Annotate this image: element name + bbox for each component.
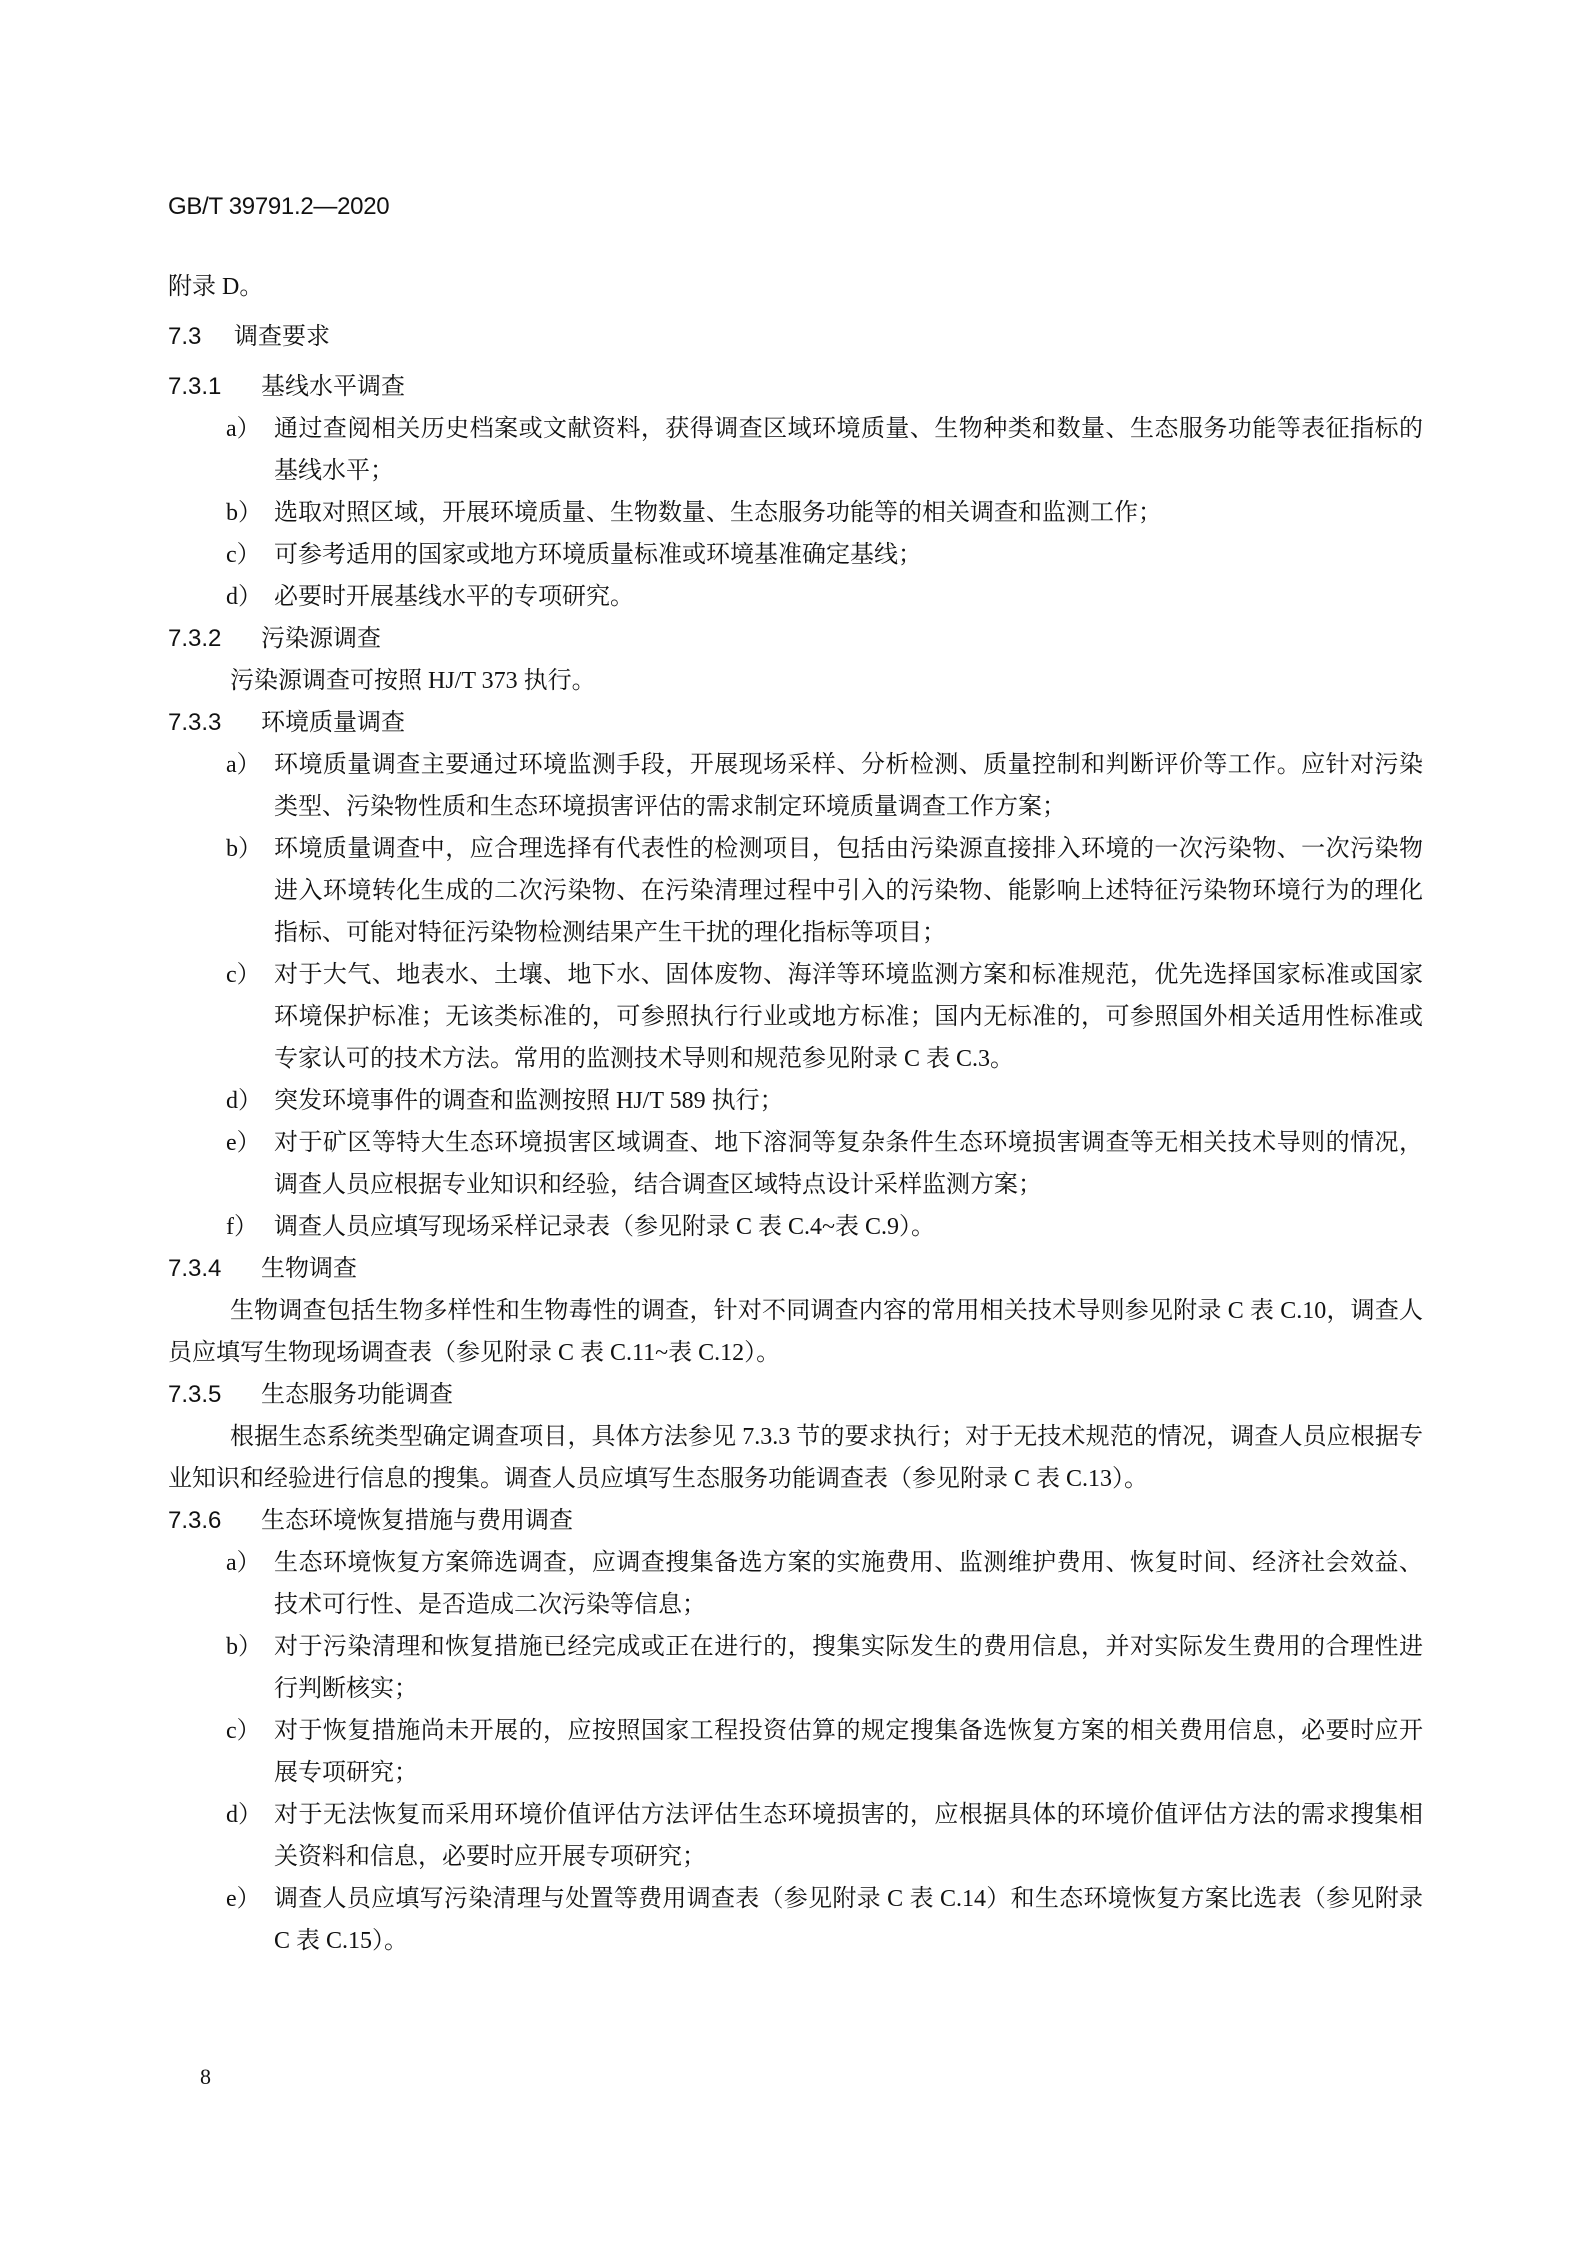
list-text: 调查人员应填写现场采样记录表（参见附录 C 表 C.4~表 C.9）。 <box>274 1214 935 1240</box>
list-marker: b） <box>226 828 262 870</box>
list-item: d）对于无法恢复而采用环境价值评估方法评估生态环境损害的，应根据具体的环境价值评… <box>168 1794 1423 1878</box>
subsection-number: 7.3.4 <box>168 1248 261 1290</box>
list-marker: c） <box>226 534 261 576</box>
subsection-title: 生态服务功能调查 <box>261 1381 453 1408</box>
list-text: 环境质量调查中，应合理选择有代表性的检测项目，包括由污染源直接排入环境的一次污染… <box>274 836 1423 946</box>
subsection-title: 基线水平调查 <box>261 373 405 400</box>
list-item: e）调查人员应填写污染清理与处置等费用调查表（参见附录 C 表 C.14）和生态… <box>168 1878 1423 1962</box>
subsection-title: 生物调查 <box>261 1255 357 1282</box>
subsection-7-3-3: 7.3.3环境质量调查 a）环境质量调查主要通过环境监测手段，开展现场采样、分析… <box>168 702 1423 1248</box>
paragraph: 污染源调查可按照 HJ/T 373 执行。 <box>168 660 1423 702</box>
subsection-heading: 7.3.3环境质量调查 <box>168 702 1423 744</box>
subsection-7-3-5: 7.3.5生态服务功能调查 根据生态系统类型确定调查项目，具体方法参见 7.3.… <box>168 1374 1423 1500</box>
list-marker: b） <box>226 492 262 534</box>
list-item: a）生态环境恢复方案筛选调查，应调查搜集备选方案的实施费用、监测维护费用、恢复时… <box>168 1542 1423 1626</box>
subsection-7-3-6: 7.3.6生态环境恢复措施与费用调查 a）生态环境恢复方案筛选调查，应调查搜集备… <box>168 1500 1423 1962</box>
subsection-7-3-2: 7.3.2污染源调查 污染源调查可按照 HJ/T 373 执行。 <box>168 618 1423 702</box>
document-page: GB/T 39791.2—2020 附录 D。 7.3调查要求 7.3.1基线水… <box>0 0 1588 2245</box>
list-text: 对于无法恢复而采用环境价值评估方法评估生态环境损害的，应根据具体的环境价值评估方… <box>274 1802 1423 1870</box>
paragraph: 生物调查包括生物多样性和生物毒性的调查，针对不同调查内容的常用相关技术导则参见附… <box>168 1290 1423 1374</box>
subsection-title: 环境质量调查 <box>261 709 405 736</box>
subsection-number: 7.3.6 <box>168 1500 261 1542</box>
subsection-7-3-1: 7.3.1基线水平调查 a）通过查阅相关历史档案或文献资料，获得调查区域环境质量… <box>168 366 1423 618</box>
list-item: c）对于恢复措施尚未开展的，应按照国家工程投资估算的规定搜集备选恢复方案的相关费… <box>168 1710 1423 1794</box>
subsection-heading: 7.3.5生态服务功能调查 <box>168 1374 1423 1416</box>
list-marker: b） <box>226 1626 262 1668</box>
intro-line: 附录 D。 <box>168 266 1423 308</box>
list-item: d）必要时开展基线水平的专项研究。 <box>168 576 1423 618</box>
page-number: 8 <box>200 2064 211 2090</box>
list-marker: c） <box>226 1710 261 1752</box>
list-marker: a） <box>226 1542 261 1584</box>
list-item: d）突发环境事件的调查和监测按照 HJ/T 589 执行； <box>168 1080 1423 1122</box>
subsection-number: 7.3.1 <box>168 366 261 408</box>
subsection-heading: 7.3.2污染源调查 <box>168 618 1423 660</box>
list-item: b）选取对照区域，开展环境质量、生物数量、生态服务功能等的相关调查和监测工作； <box>168 492 1423 534</box>
list-text: 选取对照区域，开展环境质量、生物数量、生态服务功能等的相关调查和监测工作； <box>274 500 1162 526</box>
section-title: 调查要求 <box>234 323 330 350</box>
list-text: 调查人员应填写污染清理与处置等费用调查表（参见附录 C 表 C.14）和生态环境… <box>274 1886 1423 1954</box>
list-text: 环境质量调查主要通过环境监测手段，开展现场采样、分析检测、质量控制和判断评价等工… <box>274 752 1423 820</box>
list-text: 通过查阅相关历史档案或文献资料，获得调查区域环境质量、生物种类和数量、生态服务功… <box>274 416 1423 484</box>
subsection-number: 7.3.3 <box>168 702 261 744</box>
subsection-title: 污染源调查 <box>261 625 381 652</box>
list-marker: d） <box>226 576 262 618</box>
list-text: 突发环境事件的调查和监测按照 HJ/T 589 执行； <box>274 1088 784 1114</box>
list-text: 必要时开展基线水平的专项研究。 <box>274 584 634 610</box>
list-marker: a） <box>226 408 261 450</box>
subsection-number: 7.3.5 <box>168 1374 261 1416</box>
page-content: 附录 D。 7.3调查要求 7.3.1基线水平调查 a）通过查阅相关历史档案或文… <box>168 266 1423 1962</box>
list-item: a）通过查阅相关历史档案或文献资料，获得调查区域环境质量、生物种类和数量、生态服… <box>168 408 1423 492</box>
list-marker: e） <box>226 1878 261 1920</box>
list-text: 对于恢复措施尚未开展的，应按照国家工程投资估算的规定搜集备选恢复方案的相关费用信… <box>274 1718 1423 1786</box>
standard-code: GB/T 39791.2—2020 <box>168 193 389 221</box>
list-text: 对于污染清理和恢复措施已经完成或正在进行的，搜集实际发生的费用信息，并对实际发生… <box>274 1634 1423 1702</box>
section-heading: 7.3调查要求 <box>168 316 1423 358</box>
list-marker: e） <box>226 1122 261 1164</box>
list-text: 对于矿区等特大生态环境损害区域调查、地下溶洞等复杂条件生态环境损害调查等无相关技… <box>274 1130 1423 1198</box>
list-item: c）对于大气、地表水、土壤、地下水、固体废物、海洋等环境监测方案和标准规范，优先… <box>168 954 1423 1080</box>
paragraph: 根据生态系统类型确定调查项目，具体方法参见 7.3.3 节的要求执行；对于无技术… <box>168 1416 1423 1500</box>
list-item: f）调查人员应填写现场采样记录表（参见附录 C 表 C.4~表 C.9）。 <box>168 1206 1423 1248</box>
list-marker: a） <box>226 744 261 786</box>
list-item: c）可参考适用的国家或地方环境质量标准或环境基准确定基线； <box>168 534 1423 576</box>
list-text: 可参考适用的国家或地方环境质量标准或环境基准确定基线； <box>274 542 922 568</box>
list-text: 对于大气、地表水、土壤、地下水、固体废物、海洋等环境监测方案和标准规范，优先选择… <box>274 962 1423 1072</box>
list-item: a）环境质量调查主要通过环境监测手段，开展现场采样、分析检测、质量控制和判断评价… <box>168 744 1423 828</box>
subsection-7-3-4: 7.3.4生物调查 生物调查包括生物多样性和生物毒性的调查，针对不同调查内容的常… <box>168 1248 1423 1374</box>
list-text: 生态环境恢复方案筛选调查，应调查搜集备选方案的实施费用、监测维护费用、恢复时间、… <box>274 1550 1423 1618</box>
list-item: b）环境质量调查中，应合理选择有代表性的检测项目，包括由污染源直接排入环境的一次… <box>168 828 1423 954</box>
list-marker: f） <box>226 1206 258 1248</box>
list-item: b）对于污染清理和恢复措施已经完成或正在进行的，搜集实际发生的费用信息，并对实际… <box>168 1626 1423 1710</box>
subsection-number: 7.3.2 <box>168 618 261 660</box>
list-marker: d） <box>226 1794 262 1836</box>
list-item: e）对于矿区等特大生态环境损害区域调查、地下溶洞等复杂条件生态环境损害调查等无相… <box>168 1122 1423 1206</box>
list-marker: d） <box>226 1080 262 1122</box>
subsection-heading: 7.3.6生态环境恢复措施与费用调查 <box>168 1500 1423 1542</box>
list-marker: c） <box>226 954 261 996</box>
subsection-heading: 7.3.4生物调查 <box>168 1248 1423 1290</box>
subsection-heading: 7.3.1基线水平调查 <box>168 366 1423 408</box>
subsection-title: 生态环境恢复措施与费用调查 <box>261 1507 573 1534</box>
section-number: 7.3 <box>168 316 234 358</box>
